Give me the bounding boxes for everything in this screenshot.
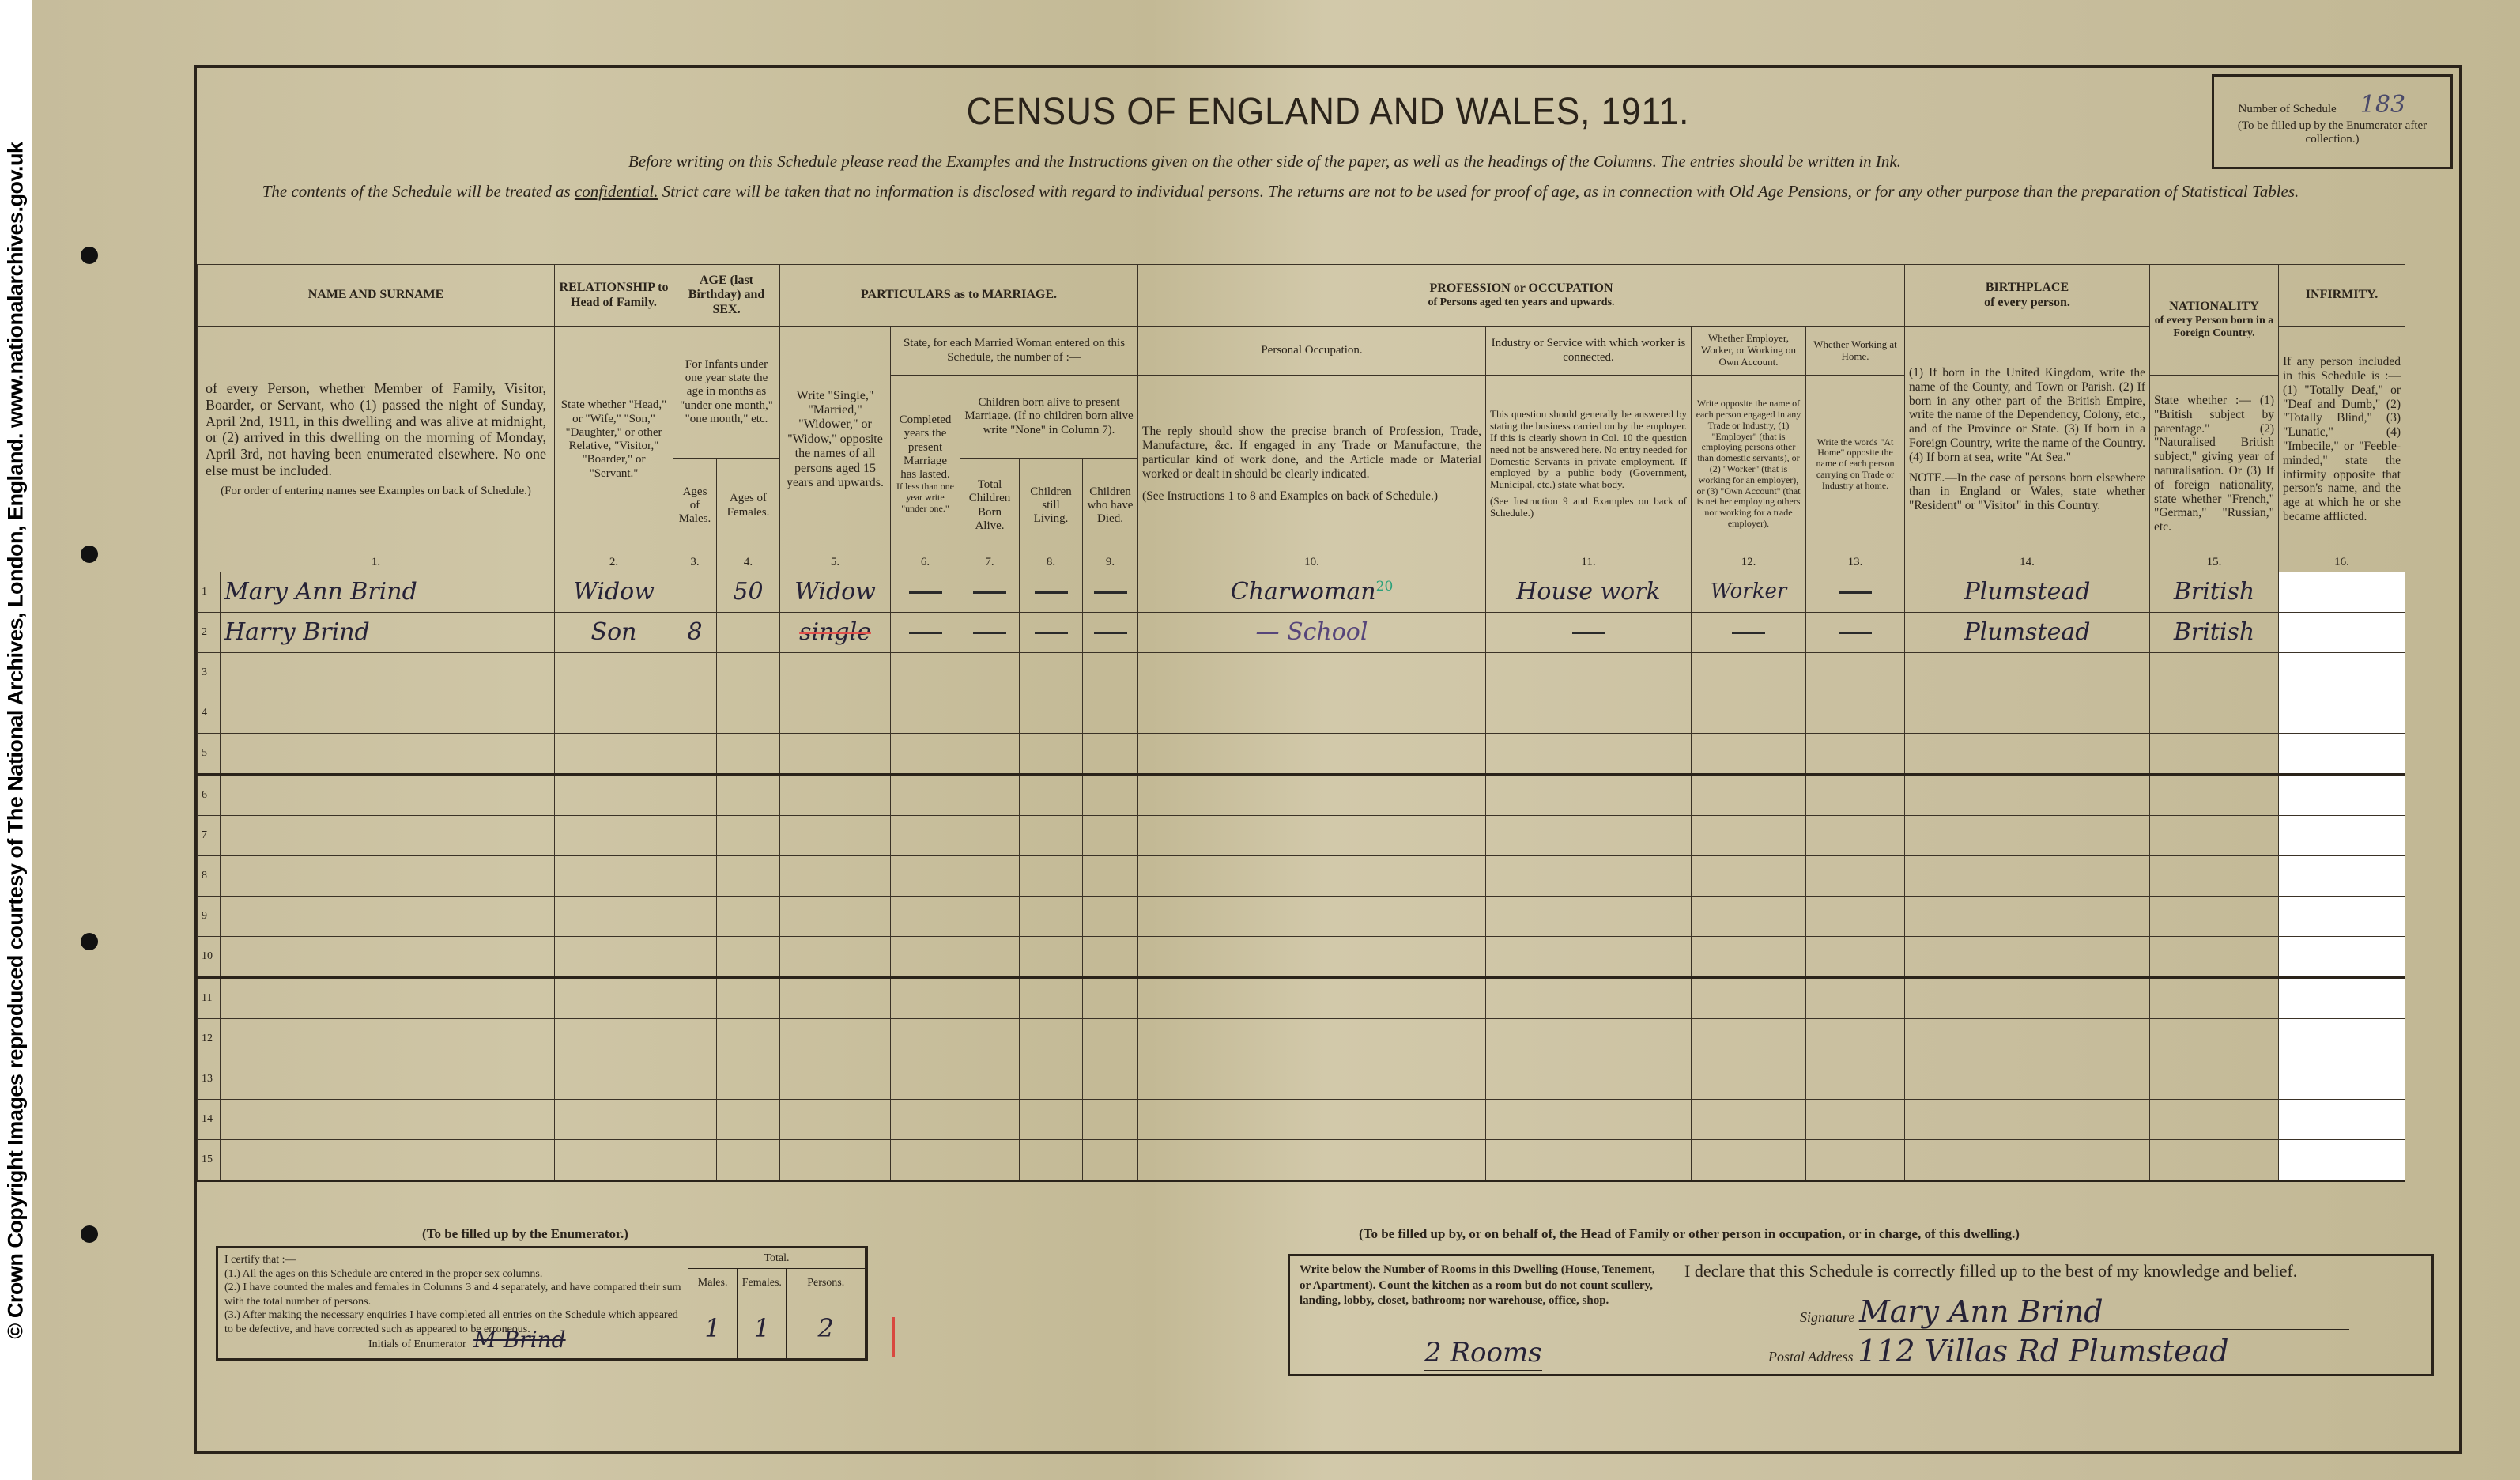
- condition-cell: Widow: [780, 572, 891, 613]
- declaration-text: I declare that this Schedule is correctl…: [1684, 1261, 2420, 1282]
- table-row: 13: [198, 1059, 2405, 1100]
- relationship-cell: Son: [555, 613, 673, 653]
- postal-address-value: 112 Villas Rd Plumstead: [1858, 1334, 2348, 1369]
- confidentiality-notice: The contents of the Schedule will be tre…: [221, 182, 2341, 202]
- still-living-cell: [1020, 613, 1083, 653]
- age-female-cell: [717, 613, 780, 653]
- home-cell: [1806, 613, 1905, 653]
- schedule-number-box: Number of Schedule 183 (To be filled up …: [2212, 74, 2453, 169]
- col-infirmity-heading: INFIRMITY.: [2279, 265, 2405, 327]
- page-title: CENSUS OF ENGLAND AND WALES, 1911.: [287, 90, 2368, 134]
- col-name-description: of every Person, whether Member of Famil…: [198, 327, 555, 553]
- condition-cell: single: [780, 613, 891, 653]
- table-row: 9: [198, 897, 2405, 937]
- punch-hole: [81, 546, 98, 563]
- relationship-cell: Widow: [555, 572, 673, 613]
- total-persons: 2: [787, 1297, 866, 1358]
- col-age-heading: AGE (last Birthday) and SEX.: [673, 265, 780, 327]
- birthplace-cell: Plumstead: [1905, 613, 2150, 653]
- instruction-line: Before writing on this Schedule please r…: [197, 152, 2333, 172]
- industry-cell: [1486, 613, 1692, 653]
- born-alive-cell: [960, 572, 1020, 613]
- infirmity-cell: [2279, 572, 2405, 613]
- age-female-cell: 50: [717, 572, 780, 613]
- home-cell: [1806, 572, 1905, 613]
- punch-hole: [81, 247, 98, 264]
- table-row: 14: [198, 1100, 2405, 1140]
- col-industry-description: This question should generally be answer…: [1486, 376, 1692, 553]
- total-females: 1: [738, 1297, 787, 1358]
- table-row: 2 Harry Brind Son 8 single — School Plum…: [198, 613, 2405, 653]
- col-age-description: For Infants under one year state the age…: [673, 327, 780, 459]
- table-row: 15: [198, 1140, 2405, 1181]
- punch-hole: [81, 933, 98, 950]
- copyright-text: © Crown Copyright Images reproduced cour…: [4, 142, 28, 1338]
- died-cell: [1083, 613, 1138, 653]
- nationality-cell: British: [2150, 613, 2279, 653]
- col-birthplace-heading: BIRTHPLACE of every person.: [1905, 265, 2150, 327]
- col-relationship-heading: RELATIONSHIP to Head of Family.: [555, 265, 673, 327]
- table-row: 1 Mary Ann Brind Widow 50 Widow Charwoma…: [198, 572, 2405, 613]
- col-industry-heading: Industry or Service with which worker is…: [1486, 327, 1692, 376]
- red-tick-mark: [892, 1317, 895, 1357]
- table-row: 5: [198, 734, 2405, 775]
- rooms-value: 2 Rooms: [1424, 1335, 1542, 1371]
- header-row-2: of every Person, whether Member of Famil…: [198, 327, 2405, 376]
- col-relationship-description: State whether "Head," or "Wife," "Son," …: [555, 327, 673, 553]
- col-personal-occupation-description: The reply should show the precise branch…: [1138, 376, 1486, 553]
- punch-hole: [81, 1225, 98, 1243]
- col-name-heading: NAME AND SURNAME: [198, 265, 555, 327]
- col-marriage-heading: PARTICULARS as to MARRIAGE.: [780, 265, 1138, 327]
- total-males: 1: [688, 1297, 738, 1358]
- industry-cell: House work: [1486, 572, 1692, 613]
- table-row: 8: [198, 856, 2405, 897]
- name-cell: Harry Brind: [221, 613, 555, 653]
- col-infirmity-description: If any person included in this Schedule …: [2279, 327, 2405, 553]
- employer-cell: [1692, 613, 1806, 653]
- still-living-cell: [1020, 572, 1083, 613]
- col-personal-occupation-heading: Personal Occupation.: [1138, 327, 1486, 376]
- col-occupation-heading: PROFESSION or OCCUPATION of Persons aged…: [1138, 265, 1905, 327]
- birthplace-cell: Plumstead: [1905, 572, 2150, 613]
- head-of-family-heading: (To be filled up by, or on behalf of, th…: [1359, 1226, 2020, 1242]
- occupation-cell: — School: [1138, 613, 1486, 653]
- enumerator-heading: (To be filled up by the Enumerator.): [422, 1226, 628, 1242]
- rooms-section: Write below the Number of Rooms in this …: [1290, 1256, 1673, 1374]
- children-heading: Children born alive to present Marriage.…: [960, 376, 1138, 459]
- nationality-cell: British: [2150, 572, 2279, 613]
- schedule-number-note: (To be filled up by the Enumerator after…: [2214, 119, 2450, 146]
- enumerator-box: I certify that :— (1.) All the ages on t…: [216, 1246, 868, 1361]
- name-cell: Mary Ann Brind: [221, 572, 555, 613]
- census-form: CENSUS OF ENGLAND AND WALES, 1911. Befor…: [194, 65, 2462, 1454]
- col-age-females-heading: Ages of Females.: [717, 459, 780, 553]
- enumerator-initials: Initials of Enumerator M Brind: [368, 1326, 566, 1354]
- col-nationality-description: State whether :— (1) "British subject by…: [2150, 376, 2279, 553]
- col-nationality-heading: NATIONALITY of every Person born in a Fo…: [2150, 265, 2279, 376]
- married-woman-heading: State, for each Married Woman entered on…: [891, 327, 1138, 376]
- col-years-married-heading: Completed years the present Marriage has…: [891, 376, 960, 553]
- born-alive-cell: [960, 613, 1020, 653]
- signature-value: Mary Ann Brind: [1859, 1294, 2349, 1330]
- occupation-code: 20: [1376, 579, 1394, 595]
- age-male-cell: 8: [673, 613, 717, 653]
- col-still-living-heading: Children still Living.: [1020, 459, 1083, 553]
- col-condition-description: Write "Single," "Married," "Widower," or…: [780, 327, 891, 553]
- col-total-born-heading: Total Children Born Alive.: [960, 459, 1020, 553]
- enumerator-certification: I certify that :— (1.) All the ages on t…: [218, 1248, 688, 1358]
- col-home-description: Write the words "At Home" opposite the n…: [1806, 376, 1905, 553]
- col-died-heading: Children who have Died.: [1083, 459, 1138, 553]
- col-employer-heading: Whether Employer, Worker, or Working on …: [1692, 327, 1806, 376]
- schedule-number-value: 183: [2339, 91, 2426, 119]
- table-row: 7: [198, 816, 2405, 856]
- infirmity-cell: [2279, 613, 2405, 653]
- age-male-cell: [673, 572, 717, 613]
- column-numbers-row: 1. 2. 3. 4. 5. 6. 7. 8. 9. 10. 11. 12. 1…: [198, 553, 2405, 572]
- table-row: 4: [198, 693, 2405, 734]
- signature-line: Signature Mary Ann Brind: [1800, 1294, 2424, 1330]
- copyright-strip: © Crown Copyright Images reproduced cour…: [0, 0, 32, 1480]
- employer-cell: Worker: [1692, 572, 1806, 613]
- household-table: NAME AND SURNAME RELATIONSHIP to Head of…: [197, 264, 2405, 1182]
- years-married-cell: [891, 572, 960, 613]
- col-home-heading: Whether Working at Home.: [1806, 327, 1905, 376]
- table-row: 6: [198, 775, 2405, 816]
- died-cell: [1083, 572, 1138, 613]
- table-row: 3: [198, 653, 2405, 693]
- col-age-males-heading: Ages of Males.: [673, 459, 717, 553]
- years-married-cell: [891, 613, 960, 653]
- table-row: 10: [198, 937, 2405, 978]
- postal-address-line: Postal Address 112 Villas Rd Plumstead: [1768, 1334, 2424, 1369]
- declaration-section: I declare that this Schedule is correctl…: [1673, 1256, 2431, 1374]
- col-birthplace-description: (1) If born in the United Kingdom, write…: [1905, 327, 2150, 553]
- col-employer-description: Write opposite the name of each person e…: [1692, 376, 1806, 553]
- head-of-family-box: Write below the Number of Rooms in this …: [1288, 1254, 2434, 1376]
- occupation-cell: Charwoman20: [1138, 572, 1486, 613]
- table-row: 12: [198, 1019, 2405, 1059]
- table-row: 11: [198, 978, 2405, 1019]
- census-schedule-page: CENSUS OF ENGLAND AND WALES, 1911. Befor…: [32, 0, 2520, 1480]
- totals-grid: Total. Males. Females. Persons. 1 1 2: [688, 1248, 866, 1358]
- header-row-1: NAME AND SURNAME RELATIONSHIP to Head of…: [198, 265, 2405, 327]
